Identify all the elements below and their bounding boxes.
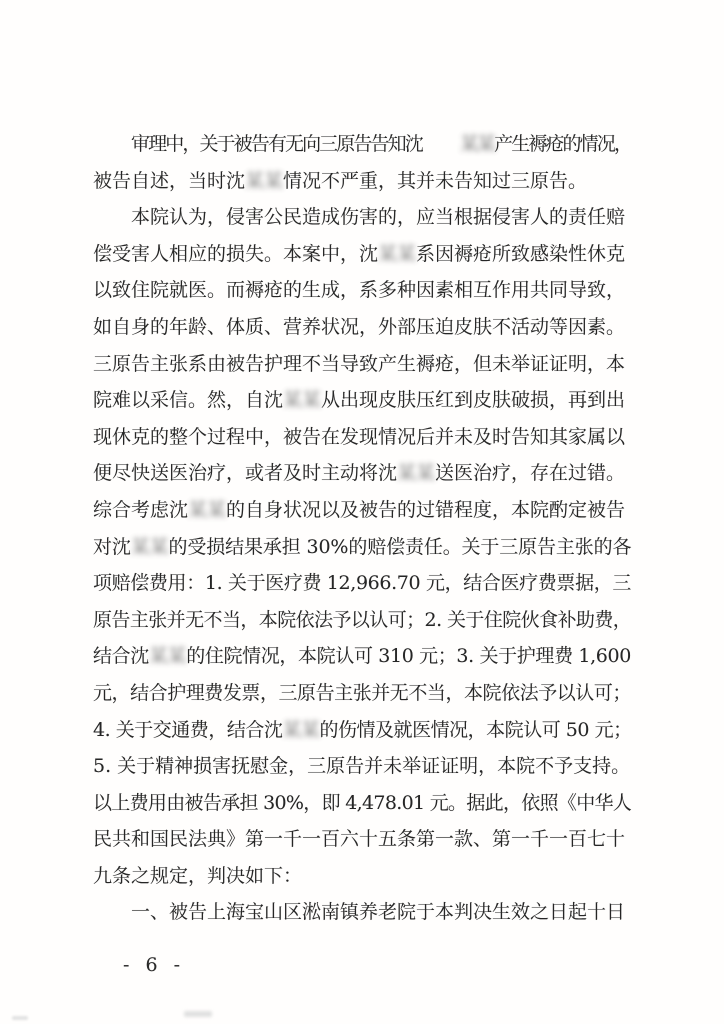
text-line: 九条之规定，判决如下： (93, 858, 631, 895)
text-line: 现休克的整个过程中，被告在发现情况后并未及时告知其家属以 (93, 419, 631, 456)
text-segment: 原告主张并无不当，本院依法予以认可；2. 关于住院伙食补助费， (93, 609, 631, 631)
text-segment: 审理中，关于被告有无向三原告告知沈 (131, 133, 422, 155)
redacted-name: 某某 (422, 126, 494, 163)
text-segment: 4. 关于交通费，结合沈 (93, 719, 282, 741)
redacted-name: 某某 (188, 492, 226, 529)
text-segment: 九条之规定，判决如下： (93, 865, 302, 887)
redacted-name: 某某 (397, 455, 435, 492)
text-line: 如自身的年龄、体质、营养状况，外部压迫皮肤不活动等因素。 (93, 309, 631, 346)
text-segment: 以致住院就医。而褥疮的生成，系多种因素相互作用共同导致， (93, 279, 625, 301)
text-line: 三原告主张系由被告护理不当导致产生褥疮，但未举证证明，本 (93, 346, 631, 383)
scan-artifact-smudge (12, 1016, 28, 1020)
scan-artifact-smudge (184, 1011, 212, 1017)
text-line: 以上费用由被告承担 30%，即 4,478.01 元。据此，依照《中华人 (93, 785, 631, 822)
text-segment: 5. 关于精神损害抚慰金，三原告并未举证证明，本院不予支持。 (93, 755, 630, 777)
redacted-name: 某某 (245, 163, 283, 200)
document-page: 审理中，关于被告有无向三原告告知沈某某产生褥疮的情况，被告自述，当时沈某某情况不… (0, 0, 724, 1024)
text-segment: 的自身状况以及被告的过错程度，本院酌定被告 (226, 499, 625, 521)
redacted-name: 某某 (149, 638, 186, 675)
text-line: 民共和国民法典》第一千一百六十五条第一款、第一千一百七十 (93, 821, 631, 858)
text-line: 元，结合护理费发票，三原告主张并无不当，本院依法予以认可； (93, 675, 631, 712)
redacted-name: 某某 (378, 236, 416, 273)
text-segment: 的住院情况，本院认可 310 元；3. 关于护理费 1,600 (186, 645, 631, 667)
text-segment: 系因褥疮所致感染性休克 (416, 243, 625, 265)
redacted-name: 某某 (131, 529, 169, 566)
text-line: 5. 关于精神损害抚慰金，三原告并未举证证明，本院不予支持。 (93, 748, 631, 785)
text-segment: 本院认为，侵害公民造成伤害的，应当根据侵害人的责任赔 (131, 206, 625, 228)
text-line: 本院认为，侵害公民造成伤害的，应当根据侵害人的责任赔 (93, 199, 631, 236)
redacted-name: 某某 (283, 382, 321, 419)
text-segment: 如自身的年龄、体质、营养状况，外部压迫皮肤不活动等因素。 (93, 316, 625, 338)
text-segment: 一、被告上海宝山区淞南镇养老院于本判决生效之日起十日 (131, 901, 625, 923)
text-line: 一、被告上海宝山区淞南镇养老院于本判决生效之日起十日 (93, 894, 631, 931)
text-line: 以致住院就医。而褥疮的生成，系多种因素相互作用共同导致， (93, 272, 631, 309)
text-line: 被告自述，当时沈某某情况不严重，其并未告知过三原告。 (93, 163, 631, 200)
text-segment: 项赔偿费用：1. 关于医疗费 12,966.70 元，结合医疗费票据，三 (93, 572, 631, 594)
text-line: 项赔偿费用：1. 关于医疗费 12,966.70 元，结合医疗费票据，三 (93, 565, 631, 602)
text-segment: 三原告主张系由被告护理不当导致产生褥疮，但未举证证明，本 (93, 353, 625, 375)
text-line: 综合考虑沈某某的自身状况以及被告的过错程度，本院酌定被告 (93, 492, 631, 529)
text-line: 审理中，关于被告有无向三原告告知沈某某产生褥疮的情况， (93, 126, 631, 163)
text-segment: 情况不严重，其并未告知过三原告。 (283, 170, 587, 192)
document-body: 审理中，关于被告有无向三原告告知沈某某产生褥疮的情况，被告自述，当时沈某某情况不… (93, 126, 631, 931)
text-segment: 的受损结果承担 30%的赔偿责任。关于三原告主张的各 (169, 536, 632, 558)
text-segment: 结合沈 (93, 645, 149, 667)
text-segment: 现休克的整个过程中，被告在发现情况后并未及时告知其家属以 (93, 426, 625, 448)
text-line: 院难以采信。然，自沈某某从出现皮肤压红到皮肤破损，再到出 (93, 382, 631, 419)
text-segment: 送医治疗，存在过错。 (435, 462, 625, 484)
text-segment: 偿受害人相应的损失。本案中，沈 (93, 243, 378, 265)
text-line: 结合沈某某的住院情况，本院认可 310 元；3. 关于护理费 1,600 (93, 638, 631, 675)
text-segment: 从出现皮肤压红到皮肤破损，再到出 (321, 389, 625, 411)
text-line: 4. 关于交通费，结合沈某某的伤情及就医情况，本院认可 50 元； (93, 712, 631, 749)
text-line: 原告主张并无不当，本院依法予以认可；2. 关于住院伙食补助费， (93, 602, 631, 639)
text-segment: 产生褥疮的情况， (494, 133, 631, 155)
text-segment: 对沈 (93, 536, 131, 558)
text-segment: 院难以采信。然，自沈 (93, 389, 283, 411)
text-segment: 便尽快送医治疗，或者及时主动将沈 (93, 462, 397, 484)
text-segment: 以上费用由被告承担 30%，即 4,478.01 元。据此，依照《中华人 (93, 792, 631, 814)
text-line: 便尽快送医治疗，或者及时主动将沈某某送医治疗，存在过错。 (93, 455, 631, 492)
text-line: 对沈某某的受损结果承担 30%的赔偿责任。关于三原告主张的各 (93, 529, 631, 566)
text-segment: 民共和国民法典》第一千一百六十五条第一款、第一千一百七十 (93, 828, 625, 850)
text-segment: 元，结合护理费发票，三原告主张并无不当，本院依法予以认可； (93, 682, 631, 704)
redacted-name: 某某 (282, 712, 319, 749)
page-number: - 6 - (123, 954, 185, 976)
text-line: 偿受害人相应的损失。本案中，沈某某系因褥疮所致感染性休克 (93, 236, 631, 273)
text-segment: 被告自述，当时沈 (93, 170, 245, 192)
text-segment: 综合考虑沈 (93, 499, 188, 521)
text-segment: 的伤情及就医情况，本院认可 50 元； (319, 719, 631, 741)
